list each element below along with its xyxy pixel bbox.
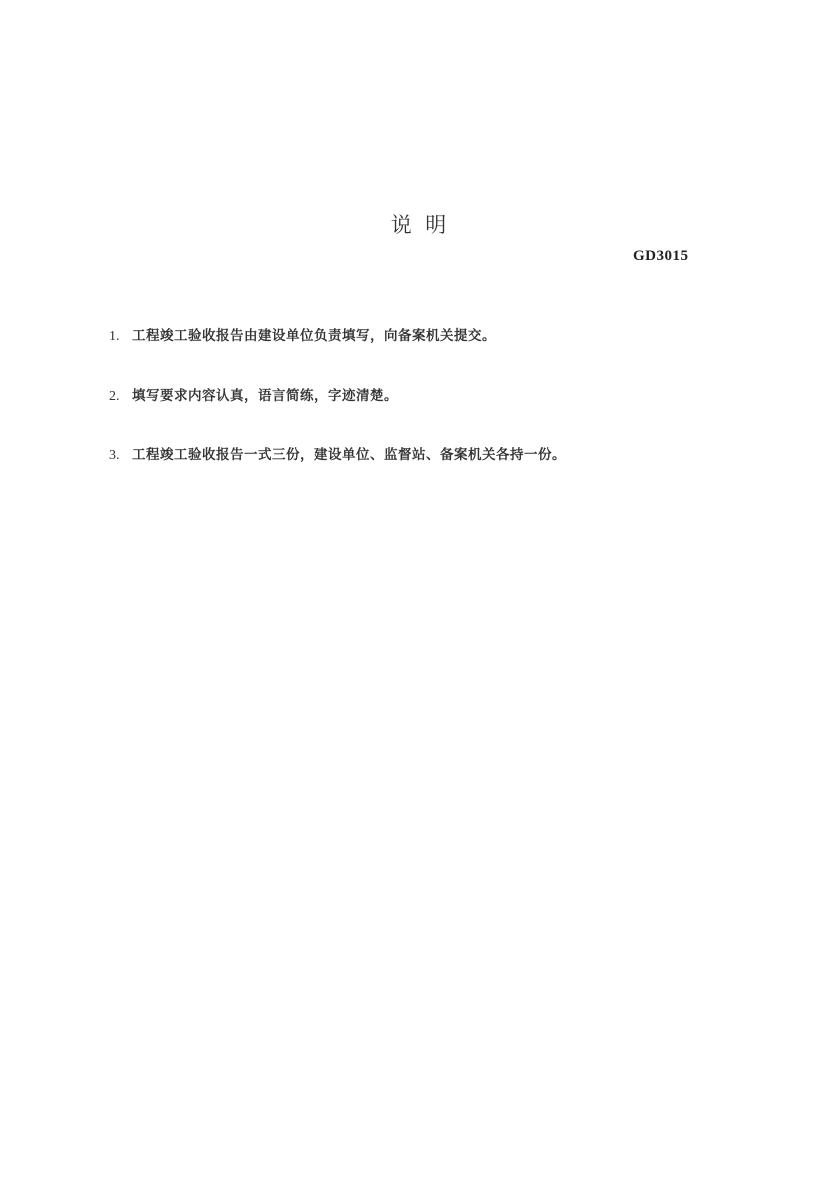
note-number: 2. — [109, 389, 132, 405]
note-item: 3. 工程竣工验收报告一式三份，建设单位、监督站、备案机关各持一份。 — [109, 443, 566, 464]
page-title: 说 明 — [0, 209, 838, 239]
note-item: 2. 填写要求内容认真，语言简练，字迹清楚。 — [109, 384, 398, 405]
note-item: 1. 工程竣工验收报告由建设单位负责填写，向备案机关提交。 — [109, 324, 496, 345]
form-code: GD3015 — [633, 248, 689, 265]
note-text: 填写要求内容认真，语言简练，字迹清楚。 — [132, 384, 398, 404]
note-text: 工程竣工验收报告一式三份，建设单位、监督站、备案机关各持一份。 — [132, 443, 566, 463]
note-text: 工程竣工验收报告由建设单位负责填写，向备案机关提交。 — [132, 324, 496, 344]
note-number: 3. — [109, 448, 132, 464]
note-number: 1. — [109, 329, 132, 345]
document-page: 说 明 GD3015 1. 工程竣工验收报告由建设单位负责填写，向备案机关提交。… — [0, 0, 838, 1186]
